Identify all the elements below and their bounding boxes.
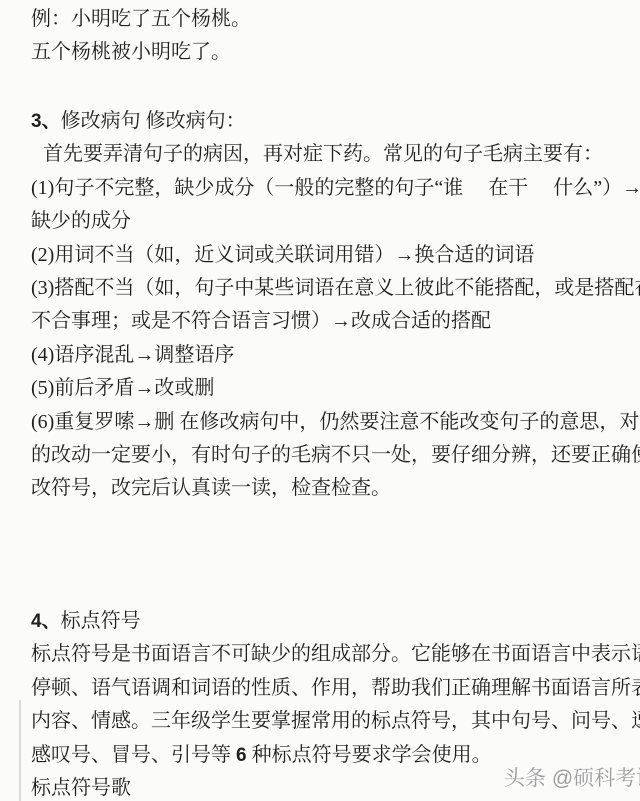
document-page: 例：小明吃了五个杨桃。五个杨桃被小明吃了。 3、修改病句 修改病句： 首先要弄清…: [0, 0, 640, 801]
body-line: (3)搭配不当（如，句子中某些词语在意义上彼此不能搭配，或是搭配在一起: [31, 272, 621, 305]
bold-count: 6: [236, 745, 247, 766]
example-line: 五个杨桃被小明吃了。: [31, 36, 621, 69]
toutiao-watermark: 头条 @硕科考试: [504, 767, 640, 791]
body-line: 停顿、语气语调和词语的性质、作用，帮助我们正确理解书面语言所表达的: [31, 672, 621, 705]
body-line: (4)语序混乱→调整语序: [31, 339, 621, 372]
body-line: (5)前后矛盾→改或删: [31, 372, 621, 405]
body-line: 标点符号是书面语言不可缺少的组成部分。它能够在书面语言中表示语句的: [31, 638, 621, 671]
section-body: (1)句子不完整，缺少成分（一般的完整的句子“谁 在干 什么”）→添加缺少的成分…: [31, 172, 621, 506]
section-body: 标点符号是书面语言不可缺少的组成部分。它能够在书面语言中表示语句的停顿、语气语调…: [31, 638, 621, 738]
body-line: 不合事理；或是不符合语言习惯）→改成合适的搭配: [31, 305, 621, 338]
body-line: (6)重复罗嗦→删 在修改病句中，仍然要注意不能改变句子的意思，对句子: [31, 406, 621, 439]
section-intro: 首先要弄清句子的病因，再对症下药。常见的句子毛病主要有：: [31, 138, 621, 171]
body-line: (2)用词不当（如，近义词或关联词用错）→换合适的词语: [31, 239, 621, 272]
body-line: (1)句子不完整，缺少成分（一般的完整的句子“谁 在干 什么”）→添加: [31, 172, 621, 205]
heading-title: 标点符号: [61, 610, 141, 632]
left-edge-line: [19, 700, 21, 801]
example-line: 例：小明吃了五个杨桃。: [31, 3, 621, 36]
section-sentence-correction: 3、修改病句 修改病句： 首先要弄清句子的病因，再对症下药。常见的句子毛病主要有…: [31, 105, 621, 506]
heading-number: 3、: [31, 111, 61, 132]
example-block: 例：小明吃了五个杨桃。五个杨桃被小明吃了。: [31, 3, 621, 70]
body-line: 的改动一定要小，有时句子的毛病不只一处，要仔细分辨，还要正确使用修: [31, 439, 621, 472]
body-line: 改符号，改完后认真读一读，检查检查。: [31, 472, 621, 505]
section-heading: 3、修改病句 修改病句：: [31, 105, 621, 138]
heading-number: 4、: [31, 611, 61, 632]
body-line: 缺少的成分: [31, 205, 621, 238]
body-line: 内容、情感。三年级学生要掌握常用的标点符号，其中句号、问号、逗号、: [31, 705, 621, 738]
section-heading: 4、标点符号: [31, 605, 621, 638]
heading-title: 修改病句 修改病句：: [61, 110, 246, 132]
